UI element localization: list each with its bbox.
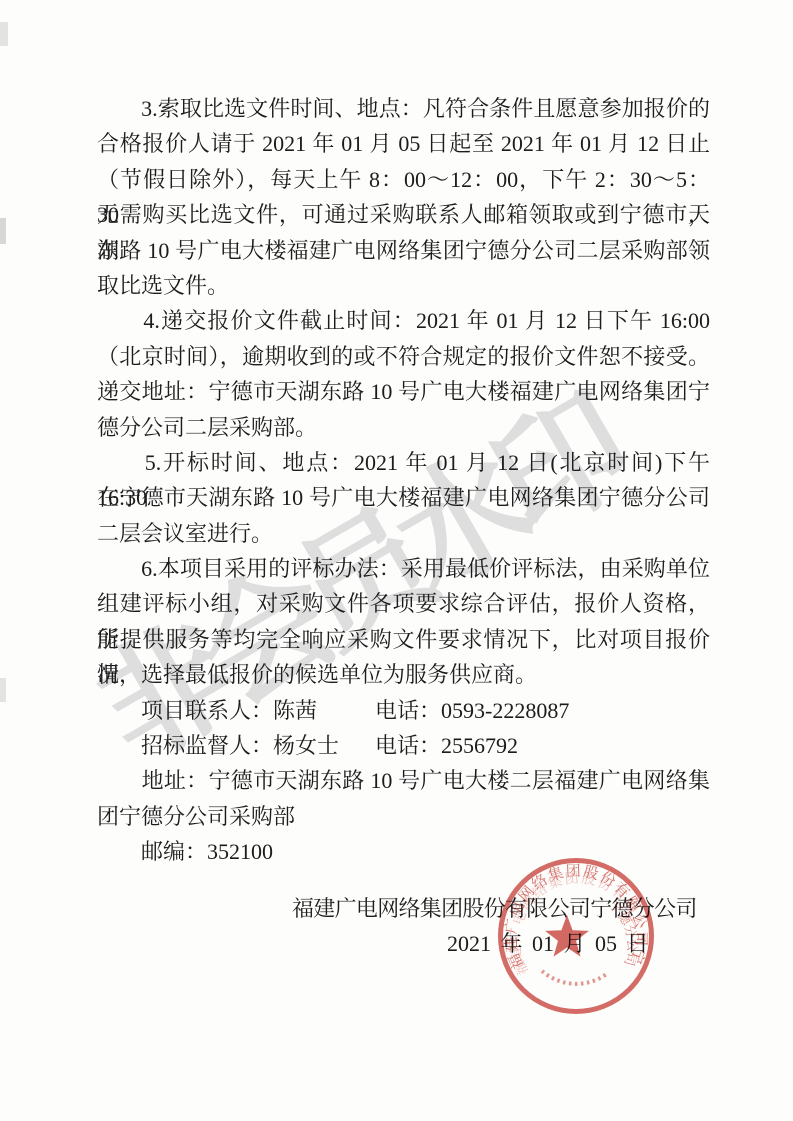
doc-line: （节假日除外），每天上午 8：00～12：00，下午 2：30～5：30， (97, 162, 710, 197)
doc-line: 二层会议室进行。 (97, 516, 710, 551)
doc-line: 3.索取比选文件时间、地点：凡符合条件且愿意参加报价的 (97, 91, 710, 126)
company-seal: 福建广电网络集团股份有限公司宁德分公司 福建广电网络集团股份有限公司宁德分公司 … (496, 856, 656, 1016)
contact-row: 招标监督人：杨女士 电话：2556792 (97, 728, 710, 763)
contact-label: 招标监督人：杨女士 (141, 728, 339, 763)
doc-line: 合格报价人请于 2021 年 01 月 05 日起至 2021 年 01 月 1… (97, 126, 710, 161)
doc-line: 况，选择最低报价的候选单位为服务供应商。 (97, 657, 710, 692)
scan-edge-artifact (0, 678, 6, 702)
document-body: 3.索取比选文件时间、地点：凡符合条件且愿意参加报价的 合格报价人请于 2021… (97, 91, 710, 870)
doc-line: 德分公司二层采购部。 (97, 410, 710, 445)
doc-line: 团宁德分公司采购部 (97, 799, 710, 834)
contact-phone: 电话：0593-2228087 (375, 693, 569, 728)
doc-line: 能提供服务等均完全响应采购文件要求情况下，比对项目报价情 (97, 622, 710, 657)
doc-line: 在宁德市天湖东路 10 号广电大楼福建广电网络集团宁德分公司 (97, 480, 710, 515)
seal-graphic: 福建广电网络集团股份有限公司宁德分公司 福建广电网络集团股份有限公司宁德分公司 … (496, 856, 656, 1016)
doc-line: 4.递交报价文件截止时间：2021 年 01 月 12 日下午 16:00 (97, 303, 710, 338)
scan-edge-artifact (0, 22, 8, 46)
contact-phone: 电话：2556792 (375, 728, 518, 763)
doc-line: 5.开标时间、地点：2021 年 01 月 12 日(北京时间)下午 16:30 (97, 445, 710, 480)
doc-line: 无需购买比选文件，可通过采购联系人邮箱领取或到宁德市天湖 (97, 197, 710, 232)
contact-row: 项目联系人：陈茜 电话：0593-2228087 (97, 693, 710, 728)
doc-line: 取比选文件。 (97, 268, 710, 303)
scan-edge-artifact (0, 218, 6, 244)
seal-bottom-code-marks (542, 971, 608, 984)
star-icon (545, 915, 589, 957)
scanned-document-page: 非会员水印 3.索取比选文件时间、地点：凡符合条件且愿意参加报价的 合格报价人请… (0, 0, 793, 1121)
doc-line: 组建评标小组，对采购文件各项要求综合评估，报价人资格，所 (97, 586, 710, 621)
doc-line: 地址：宁德市天湖东路 10 号广电大楼二层福建广电网络集 (97, 763, 710, 798)
doc-line: （北京时间），逾期收到的或不符合规定的报价文件恕不接受。 (97, 339, 710, 374)
doc-line: 6.本项目采用的评标办法：采用最低价评标法，由采购单位 (97, 551, 710, 586)
contact-label: 项目联系人：陈茜 (141, 693, 317, 728)
doc-line: 东路 10 号广电大楼福建广电网络集团宁德分公司二层采购部领 (97, 233, 710, 268)
doc-line: 递交地址：宁德市天湖东路 10 号广电大楼福建广电网络集团宁 (97, 374, 710, 409)
